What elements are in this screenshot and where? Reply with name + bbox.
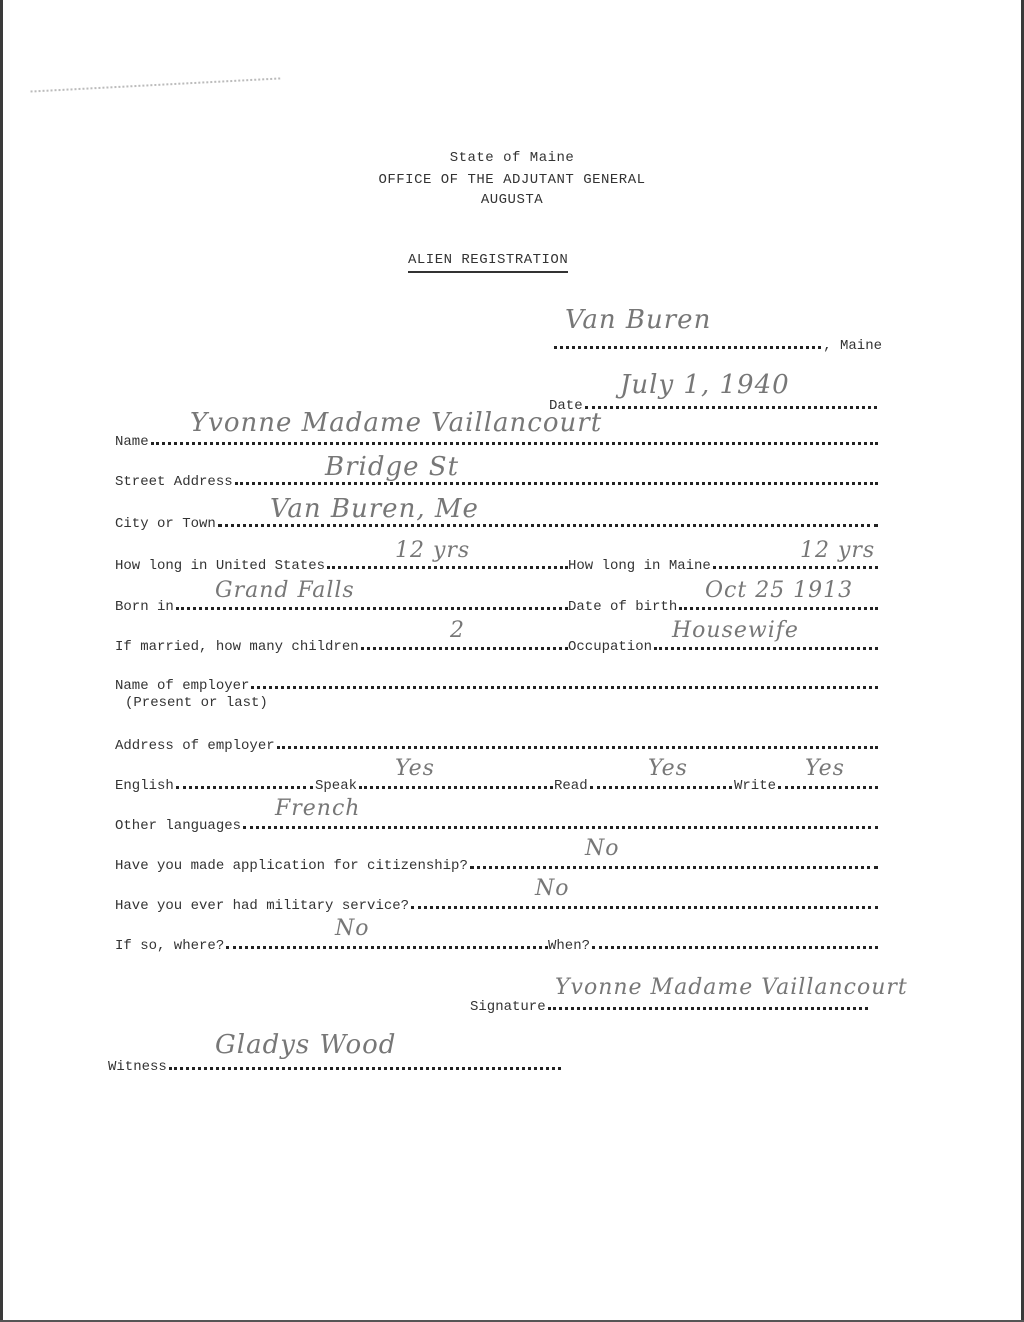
employer-name-label: Name of employer: [115, 678, 249, 694]
street-value[interactable]: Bridge St: [325, 452, 459, 482]
read-value[interactable]: Yes: [648, 756, 688, 781]
city-label: City or Town: [115, 516, 216, 532]
speak-label: Speak: [315, 778, 357, 794]
speak-row: Speak: [315, 776, 555, 794]
maine-duration-value[interactable]: 12 yrs: [800, 538, 875, 563]
employer-address-label: Address of employer: [115, 738, 275, 754]
scan-smudge: [30, 63, 280, 92]
occupation-value[interactable]: Housewife: [672, 618, 799, 643]
us-duration-label: How long in United States: [115, 558, 325, 574]
dob-label: Date of birth: [568, 599, 677, 615]
where-label: If so, where?: [115, 938, 224, 954]
other-languages-row: Other languages: [115, 816, 880, 834]
street-row: Street Address: [115, 472, 880, 490]
citizenship-row: Have you made application for citizenshi…: [115, 856, 880, 874]
write-value[interactable]: Yes: [805, 756, 845, 781]
where-dots: [226, 936, 548, 949]
location-dots: [554, 336, 821, 349]
citizenship-label: Have you made application for citizenshi…: [115, 858, 468, 874]
children-row: If married, how many children: [115, 637, 570, 655]
children-value[interactable]: 2: [450, 618, 465, 643]
where-value[interactable]: No: [335, 916, 370, 941]
header-city: AUGUSTA: [0, 192, 1024, 208]
read-row: Read: [554, 776, 734, 794]
when-label: When?: [548, 938, 590, 954]
military-dots: [411, 896, 878, 909]
other-languages-label: Other languages: [115, 818, 241, 834]
children-label: If married, how many children: [115, 639, 359, 655]
citizenship-dots: [470, 856, 878, 869]
citizenship-value[interactable]: No: [585, 836, 620, 861]
speak-value[interactable]: Yes: [395, 756, 435, 781]
location-row: , Maine: [552, 336, 882, 354]
signature-label: Signature: [470, 999, 546, 1015]
when-row: When?: [548, 936, 880, 954]
name-value[interactable]: Yvonne Madame Vaillancourt: [190, 408, 602, 438]
where-row: If so, where?: [115, 936, 550, 954]
military-row: Have you ever had military service?: [115, 896, 880, 914]
english-label: English: [115, 778, 174, 794]
military-value[interactable]: No: [535, 876, 570, 901]
read-label: Read: [554, 778, 588, 794]
us-duration-row: How long in United States: [115, 556, 570, 574]
other-languages-value[interactable]: French: [275, 796, 360, 821]
occupation-label: Occupation: [568, 639, 652, 655]
write-label: Write: [734, 778, 776, 794]
dob-value[interactable]: Oct 25 1913: [705, 578, 853, 603]
form-title: ALIEN REGISTRATION: [408, 252, 568, 273]
born-label: Born in: [115, 599, 174, 615]
speak-dots: [359, 776, 553, 789]
employer-name-dots: [251, 676, 878, 689]
header-state: State of Maine: [0, 150, 1024, 166]
english-row: English: [115, 776, 315, 794]
street-label: Street Address: [115, 474, 233, 490]
employer-address-dots: [277, 736, 878, 749]
header-office: OFFICE OF THE ADJUTANT GENERAL: [0, 172, 1024, 188]
city-row: City or Town: [115, 514, 880, 532]
us-duration-value[interactable]: 12 yrs: [395, 538, 470, 563]
city-value[interactable]: Van Buren, Me: [270, 494, 479, 524]
location-value[interactable]: Van Buren: [565, 305, 711, 335]
english-dots: [176, 776, 313, 789]
military-label: Have you ever had military service?: [115, 898, 409, 914]
signature-value[interactable]: Yvonne Madame Vaillancourt: [555, 975, 908, 1000]
employer-name-sublabel: (Present or last): [125, 695, 268, 711]
location-suffix: , Maine: [823, 338, 882, 354]
witness-label: Witness: [108, 1059, 167, 1075]
employer-address-row: Address of employer: [115, 736, 880, 754]
when-dots: [592, 936, 878, 949]
name-label: Name: [115, 434, 149, 450]
employer-name-row: Name of employer: [115, 676, 880, 694]
date-value[interactable]: July 1, 1940: [620, 370, 790, 400]
born-value[interactable]: Grand Falls: [215, 578, 355, 603]
witness-value[interactable]: Gladys Wood: [215, 1030, 396, 1060]
maine-duration-label: How long in Maine: [568, 558, 711, 574]
